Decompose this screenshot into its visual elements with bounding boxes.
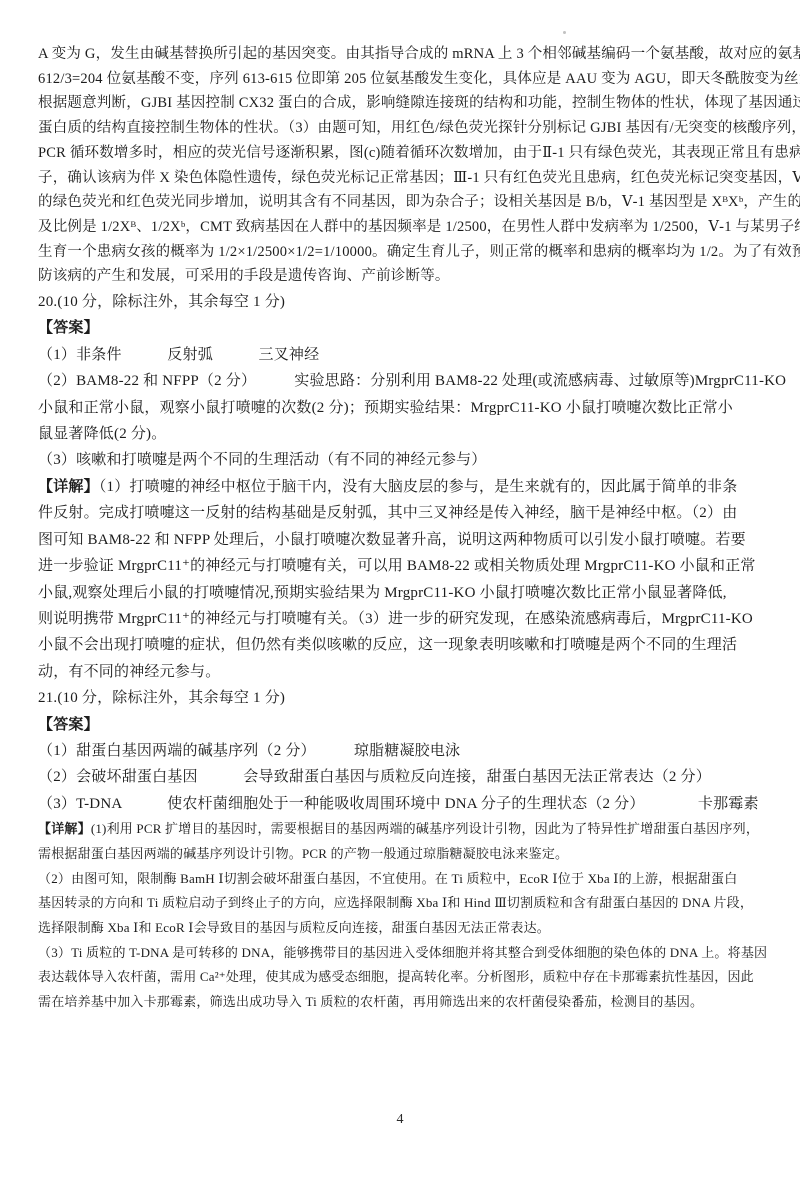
q20-answer-lines: （1）非条件 反射弧 三叉神经（2）BAM8-22 和 NFPP（2 分） 实验… xyxy=(38,342,772,474)
text-line: （1）甜蛋白基因两端的碱基序列（2 分） 琼脂糖凝胶电泳 xyxy=(38,738,772,764)
text-line: 基因转录的方向和 Ti 质粒启动子到终止子的方向，应选择限制酶 Xba Ⅰ和 H… xyxy=(38,891,772,916)
text-line: 612/3=204 位氨基酸不变，序列 613-615 位即第 205 位氨基酸… xyxy=(38,67,772,92)
q20-detail-first-line: 【详解】（1）打喷嚏的神经中枢位于脑干内，没有大脑皮层的参与，是生来就有的，因此… xyxy=(38,474,772,500)
text-line: 生育一个患病女孩的概率为 1/2×1/2500×1/2=1/10000。确定生育… xyxy=(38,240,772,265)
q21-header: 21.(10 分，除标注外，其余每空 1 分) xyxy=(38,685,772,711)
text-line: 图可知 BAM8-22 和 NFPP 处理后，小鼠打喷嚏次数显著升高，说明这两种… xyxy=(38,527,772,553)
text-line: 动，有不同的神经元参与。 xyxy=(38,659,772,685)
text-line: 子，确认该病为伴 X 染色体隐性遗传，绿色荧光标记正常基因；Ⅲ-1 只有红色荧光… xyxy=(38,166,772,191)
text-line: 鼠显著降低(2 分)。 xyxy=(38,421,772,447)
q20-detail-lines: 件反射。完成打喷嚏这一反射的结构基础是反射弧，其中三叉神经是传入神经，脑干是神经… xyxy=(38,500,772,685)
q21-detail-first-text: (1)利用 PCR 扩增目的基因时，需要根据目的基因两端的碱基序列设计引物，因此… xyxy=(91,821,759,836)
text-line: 小鼠,观察处理后小鼠的打喷嚏情况,预期实验结果为 MrgprC11-KO 小鼠打… xyxy=(38,580,772,606)
text-line: A 变为 G，发生由碱基替换所引起的基因突变。由其指导合成的 mRNA 上 3 … xyxy=(38,42,772,67)
text-line: 需在培养基中加入卡那霉素，筛选出成功导入 Ti 质粒的农杆菌，再用筛选出来的农杆… xyxy=(38,990,772,1015)
text-line: 选择限制酶 Xba Ⅰ和 EcoR Ⅰ会导致目的基因与质粒反向连接，甜蛋白基因无… xyxy=(38,916,772,941)
text-line: （2）由图可知，限制酶 BamH Ⅰ切割会破坏甜蛋白基因，不宜使用。在 Ti 质… xyxy=(38,867,772,892)
text-line: （1）非条件 反射弧 三叉神经 xyxy=(38,342,772,368)
text-line: 蛋白质的结构直接控制生物体的性状。（3）由题可知，用红色/绿色荧光探针分别标记 … xyxy=(38,116,772,141)
text-line: 及比例是 1/2Xᴮ、1/2Xᵇ，CMT 致病基因在人群中的基因频率是 1/25… xyxy=(38,215,772,240)
q21-section: 21.(10 分，除标注外，其余每空 1 分) 【答案】 （1）甜蛋白基因两端的… xyxy=(38,685,772,817)
text-line: 件反射。完成打喷嚏这一反射的结构基础是反射弧，其中三叉神经是传入神经，脑干是神经… xyxy=(38,500,772,526)
text-line: （3）咳嗽和打喷嚏是两个不同的生理活动（有不同的神经元参与） xyxy=(38,447,772,473)
q21-detail-label: 【详解】 xyxy=(38,821,91,836)
q19-explanation-continued: A 变为 G，发生由碱基替换所引起的基因突变。由其指导合成的 mRNA 上 3 … xyxy=(38,42,772,289)
text-line: PCR 循环数增多时，相应的荧光信号逐渐积累，图(c)随着循环次数增加，由于Ⅱ-… xyxy=(38,141,772,166)
q20-answer-label: 【答案】 xyxy=(38,315,772,341)
text-line: 防该病的产生和发展，可采用的手段是遗传咨询、产前诊断等。 xyxy=(38,264,772,289)
q20-section: 20.(10 分，除标注外，其余每空 1 分) 【答案】 （1）非条件 反射弧 … xyxy=(38,289,772,685)
document-page: A 变为 G，发生由碱基替换所引起的基因突变。由其指导合成的 mRNA 上 3 … xyxy=(0,0,800,1195)
q20-detail-first-text: （1）打喷嚏的神经中枢位于脑干内，没有大脑皮层的参与，是生来就有的，因此属于简单… xyxy=(99,479,738,495)
q21-detail-lines: 需根据甜蛋白基因两端的碱基序列设计引物。PCR 的产物一般通过琼脂糖凝胶电泳来鉴… xyxy=(38,842,772,1015)
text-line: 则说明携带 MrgprC11⁺的神经元与打喷嚏有关。（3）进一步的研究发现，在感… xyxy=(38,606,772,632)
q21-detail-section: 【详解】(1)利用 PCR 扩增目的基因时，需要根据目的基因两端的碱基序列设计引… xyxy=(38,817,772,1015)
q21-answer-label: 【答案】 xyxy=(38,712,772,738)
page-number: 4 xyxy=(397,1112,404,1127)
text-line: （3）Ti 质粒的 T-DNA 是可转移的 DNA，能够携带目的基因进入受体细胞… xyxy=(38,941,772,966)
q20-header: 20.(10 分，除标注外，其余每空 1 分) xyxy=(38,289,772,315)
text-line: （3）T-DNA 使农杆菌细胞处于一种能吸收周围环境中 DNA 分子的生理状态（… xyxy=(38,791,772,817)
q21-detail-first-line: 【详解】(1)利用 PCR 扩增目的基因时，需要根据目的基因两端的碱基序列设计引… xyxy=(38,817,772,842)
text-line: 根据题意判断，GJBI 基因控制 CX32 蛋白的合成，影响缝隙连接斑的结构和功… xyxy=(38,91,772,116)
text-line: 小鼠和正常小鼠，观察小鼠打喷嚏的次数(2 分)；预期实验结果：MrgprC11-… xyxy=(38,395,772,421)
text-line: 小鼠不会出现打喷嚏的症状，但仍然有类似咳嗽的反应，这一现象表明咳嗽和打喷嚏是两个… xyxy=(38,632,772,658)
text-line: （2）BAM8-22 和 NFPP（2 分） 实验思路：分别利用 BAM8-22… xyxy=(38,368,772,394)
text-line: 需根据甜蛋白基因两端的碱基序列设计引物。PCR 的产物一般通过琼脂糖凝胶电泳来鉴… xyxy=(38,842,772,867)
text-line: 的绿色荧光和红色荧光同步增加，说明其含有不同基因，即为杂合子；设相关基因是 B/… xyxy=(38,190,772,215)
text-line: （2）会破坏甜蛋白基因 会导致甜蛋白基因与质粒反向连接，甜蛋白基因无法正常表达（… xyxy=(38,764,772,790)
q21-answer-lines: （1）甜蛋白基因两端的碱基序列（2 分） 琼脂糖凝胶电泳（2）会破坏甜蛋白基因 … xyxy=(38,738,772,817)
page-footer: 4 xyxy=(0,1112,800,1128)
q20-detail-label: 【详解】 xyxy=(38,479,99,495)
scan-artifact-dot xyxy=(563,31,566,34)
text-line: 表达载体导入农杆菌，需用 Ca²⁺处理，使其成为感受态细胞，提高转化率。分析图形… xyxy=(38,965,772,990)
text-line: 进一步验证 MrgprC11⁺的神经元与打喷嚏有关，可以用 BAM8-22 或相… xyxy=(38,553,772,579)
